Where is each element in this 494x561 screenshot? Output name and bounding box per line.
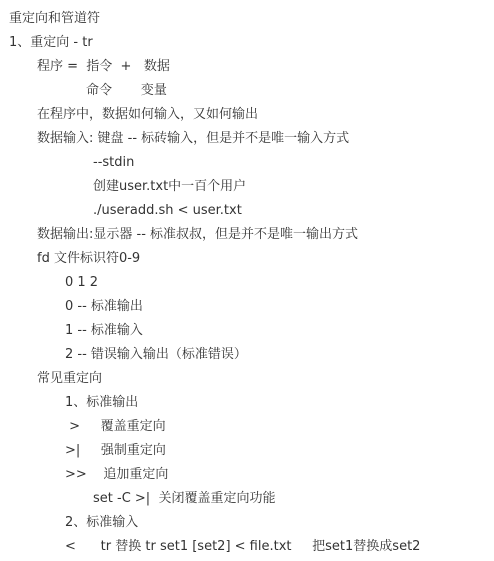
text-line: 数据输出:显示器 -- 标准叔叔，但是并不是唯一输出方式 [37, 227, 358, 243]
text-line: 1、重定向 - tr [9, 35, 93, 51]
text-line: 0 1 2 [65, 275, 98, 291]
text-line: 程序 = 指令 + 数据 [37, 59, 170, 75]
text-line: 0 -- 标准输出 [65, 299, 143, 315]
text-line: 在程序中，数据如何输入，又如何输出 [37, 107, 258, 123]
text-line: >> 追加重定向 [65, 467, 168, 483]
text-line: 常见重定向 [37, 371, 102, 387]
text-line: 重定向和管道符 [9, 11, 100, 27]
text-line: 数据输入: 键盘 -- 标砖输入，但是并不是唯一输入方式 [37, 131, 349, 147]
text-line: ./useradd.sh < user.txt [93, 203, 242, 219]
text-line: set -C >| 关闭覆盖重定向功能 [93, 491, 275, 507]
text-line: 2、标准输入 [65, 515, 138, 531]
text-line: 2 -- 错误输入输出（标准错误） [65, 347, 247, 363]
document-body: 重定向和管道符1、重定向 - tr程序 = 指令 + 数据命令 变量在程序中，数… [0, 0, 494, 561]
text-line: 1 -- 标准输入 [65, 323, 143, 339]
text-line: 1、标准输出 [65, 395, 138, 411]
text-line: < tr 替换 tr set1 [set2] < file.txt 把set1替… [65, 539, 420, 555]
text-line: fd 文件标识符0-9 [37, 251, 140, 267]
text-line: --stdin [93, 155, 134, 171]
text-line: >| 强制重定向 [65, 443, 166, 459]
text-line: 命令 变量 [86, 83, 167, 99]
text-line: 创建user.txt中一百个用户 [93, 179, 246, 195]
text-line: > 覆盖重定向 [65, 419, 166, 435]
